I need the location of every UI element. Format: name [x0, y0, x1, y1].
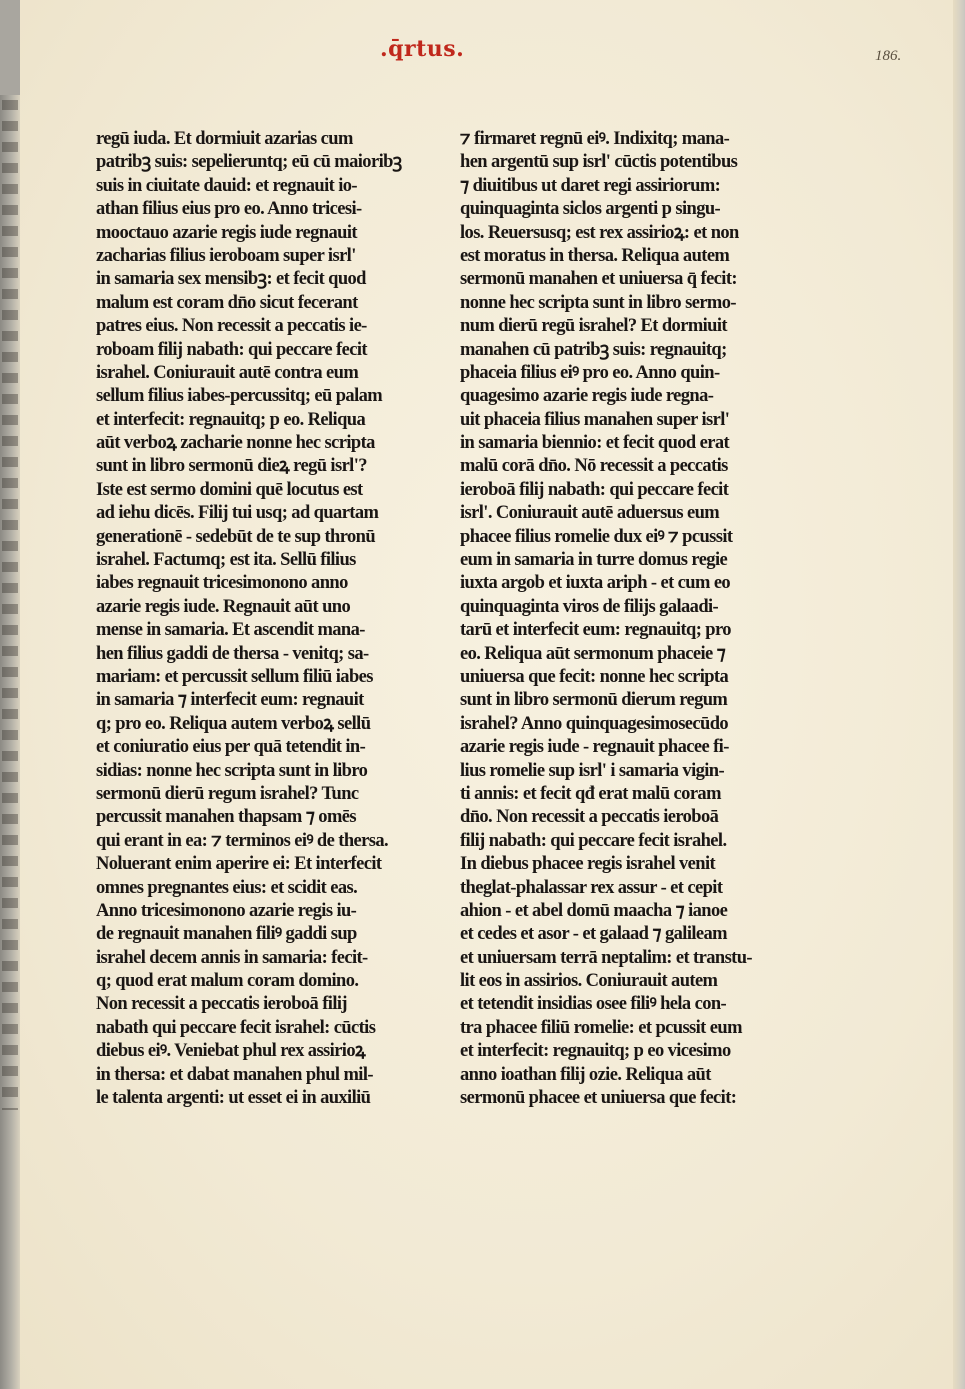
text-line: le talenta argenti: ut esset ei in auxil…	[96, 1087, 406, 1110]
text-line: q; pro eo. Reliqua autem verboꝝ sellū	[96, 713, 406, 736]
text-line: omnes pregnantes eius: et scidit eas.	[96, 877, 406, 900]
text-line: los. Reuersusq; est rex assirioꝝ: et non	[460, 222, 770, 245]
text-line: mense in samaria. Et ascendit mana-	[96, 619, 406, 642]
text-line: tra phacee filiū romelie: et pcussit eum	[460, 1017, 770, 1040]
text-line: in samaria sex mensibꝫ: et fecit quod	[96, 268, 406, 291]
text-line: ieroboā filij nabath: qui peccare fecit	[460, 479, 770, 502]
text-line: qui erant in ea: ⁊ terminos eiꝰ de thers…	[96, 830, 406, 853]
text-line: sermonū dierū regum israhel? Tunc	[96, 783, 406, 806]
text-line: quinquaginta viros de filijs galaadi-	[460, 596, 770, 619]
text-line: suis in ciuitate dauid: et regnauit io-	[96, 175, 406, 198]
text-line: et coniuratio eius per quā tetendit in-	[96, 736, 406, 759]
text-line: sunt in libro sermonū dierum regum	[460, 689, 770, 712]
text-line: phacee filius romelie dux eiꝰ ⁊ pcussit	[460, 526, 770, 549]
text-line: uit phaceia filius manahen super isrl'	[460, 409, 770, 432]
running-head: .q̄rtus.	[380, 36, 464, 62]
text-line: phaceia filius eiꝰ pro eo. Anno quin-	[460, 362, 770, 385]
text-line: patribꝫ suis: sepelieruntq; eū cū maiori…	[96, 151, 406, 174]
text-line: manahen cū patribꝫ suis: regnauitq;	[460, 339, 770, 362]
text-line: isrl'. Coniurauit autē aduersus eum	[460, 502, 770, 525]
text-line: azarie regis iude - regnauit phacee fi-	[460, 736, 770, 759]
text-line: lius romelie sup isrl' i samaria vigin-	[460, 760, 770, 783]
text-line: est moratus in thersa. Reliqua autem	[460, 245, 770, 268]
text-line: sunt in libro sermonū dieꝝ regū isrl'?	[96, 455, 406, 478]
text-line: ti annis: et fecit qđ erat malū coram	[460, 783, 770, 806]
text-line: israhel? Anno quinquagesimosecūdo	[460, 713, 770, 736]
text-line: et interfecit: regnauitq; p eo vicesimo	[460, 1040, 770, 1063]
text-line: dn̄o. Non recessit a peccatis ieroboā	[460, 806, 770, 829]
text-line: israhel decem annis in samaria: fecit-	[96, 947, 406, 970]
text-line: et cedes et asor - et galaad ⁊ galileam	[460, 923, 770, 946]
text-line: Iste est sermo domini quē locutus est	[96, 479, 406, 502]
text-line: generationē - sedebūt de te sup thronū	[96, 526, 406, 549]
text-line: nonne hec scripta sunt in libro sermo-	[460, 292, 770, 315]
text-line: in samaria ⁊ interfecit eum: regnauit	[96, 689, 406, 712]
text-line: ahion - et abel domū maacha ⁊ ianoe	[460, 900, 770, 923]
text-line: ad iehu dicēs. Filij tui usq; ad quartam	[96, 502, 406, 525]
text-line: sermonū phacee et uniuersa que fecit:	[460, 1087, 770, 1110]
text-line: patres eius. Non recessit a peccatis ie-	[96, 315, 406, 338]
text-line: percussit manahen thapsam ⁊ omēs	[96, 806, 406, 829]
text-line: In diebus phacee regis israhel venit	[460, 853, 770, 876]
text-line: Anno tricesimonono azarie regis iu-	[96, 900, 406, 923]
text-line: sermonū manahen et uniuersa q̄ fecit:	[460, 268, 770, 291]
gutter-shadow	[0, 0, 20, 95]
text-line: ⁊ diuitibus ut daret regi assiriorum:	[460, 175, 770, 198]
text-line: num dierū regū israhel? Et dormiuit	[460, 315, 770, 338]
text-line: malū corā dn̄o. Nō recessit a peccatis	[460, 455, 770, 478]
text-column-left: regū iuda. Et dormiuit azarias cumpatrib…	[96, 128, 406, 1110]
text-line: de regnauit manahen filiꝰ gaddi sup	[96, 923, 406, 946]
text-line: anno ioathan filij ozie. Reliqua aūt	[460, 1064, 770, 1087]
facing-page-text-bleed	[2, 100, 18, 1110]
text-line: hen argentū sup isrl' cūctis potentibus	[460, 151, 770, 174]
text-column-right: ⁊ firmaret regnū eiꝰ. Indixitq; mana-hen…	[460, 128, 770, 1110]
text-line: sidias: nonne hec scripta sunt in libro	[96, 760, 406, 783]
text-line: eum in samaria in turre domus regie	[460, 549, 770, 572]
text-line: hen filius gaddi de thersa - venitq; sa-	[96, 643, 406, 666]
text-line: in thersa: et dabat manahen phul mil-	[96, 1064, 406, 1087]
text-line: mariam: et percussit sellum filiū iabes	[96, 666, 406, 689]
text-line: ⁊ firmaret regnū eiꝰ. Indixitq; mana-	[460, 128, 770, 151]
text-line: malum est coram dn̄o sicut fecerant	[96, 292, 406, 315]
text-line: aūt verboꝝ zacharie nonne hec scripta	[96, 432, 406, 455]
text-line: israhel. Coniurauit autē contra eum	[96, 362, 406, 385]
text-line: regū iuda. Et dormiuit azarias cum	[96, 128, 406, 151]
text-line: Non recessit a peccatis ieroboā filij	[96, 993, 406, 1016]
text-line: q; quod erat malum coram domino.	[96, 970, 406, 993]
manuscript-page: .q̄rtus. 186. regū iuda. Et dormiuit aza…	[0, 0, 965, 1389]
text-line: zacharias filius ieroboam super isrl'	[96, 245, 406, 268]
text-line: iabes regnauit tricesimonono anno	[96, 572, 406, 595]
text-line: filij nabath: qui peccare fecit israhel.	[460, 830, 770, 853]
text-line: mooctauo azarie regis iude regnauit	[96, 222, 406, 245]
text-line: quagesimo azarie regis iude regna-	[460, 385, 770, 408]
text-line: tarū et interfecit eum: regnauitq; pro	[460, 619, 770, 642]
text-line: theglat-phalassar rex assur - et cepit	[460, 877, 770, 900]
page-right-edge	[953, 0, 965, 1389]
text-line: eo. Reliqua aūt sermonum phaceie ⁊	[460, 643, 770, 666]
text-line: in samaria biennio: et fecit quod erat	[460, 432, 770, 455]
text-line: israhel. Factumq; est ita. Sellū filius	[96, 549, 406, 572]
text-line: roboam filij nabath: qui peccare fecit	[96, 339, 406, 362]
text-line: et tetendit insidias osee filiꝰ hela con…	[460, 993, 770, 1016]
text-line: athan filius eius pro eo. Anno tricesi-	[96, 198, 406, 221]
text-line: sellum filius iabes-percussitq; eū palam	[96, 385, 406, 408]
facing-page-edge	[0, 0, 20, 1389]
text-line: azarie regis iude. Regnauit aūt uno	[96, 596, 406, 619]
text-line: iuxta argob et iuxta ariph - et cum eo	[460, 572, 770, 595]
text-line: et interfecit: regnauitq; p eo. Reliqua	[96, 409, 406, 432]
text-line: nabath qui peccare fecit israhel: cūctis	[96, 1017, 406, 1040]
folio-number: 186.	[875, 48, 901, 65]
text-line: lit eos in assirios. Coniurauit autem	[460, 970, 770, 993]
text-line: diebus eiꝰ. Veniebat phul rex assirioꝝ	[96, 1040, 406, 1063]
text-line: uniuersa que fecit: nonne hec scripta	[460, 666, 770, 689]
text-line: et uniuersam terrā neptalim: et transtu-	[460, 947, 770, 970]
text-line: quinquaginta siclos argenti p singu-	[460, 198, 770, 221]
text-line: Noluerant enim aperire ei: Et interfecit	[96, 853, 406, 876]
